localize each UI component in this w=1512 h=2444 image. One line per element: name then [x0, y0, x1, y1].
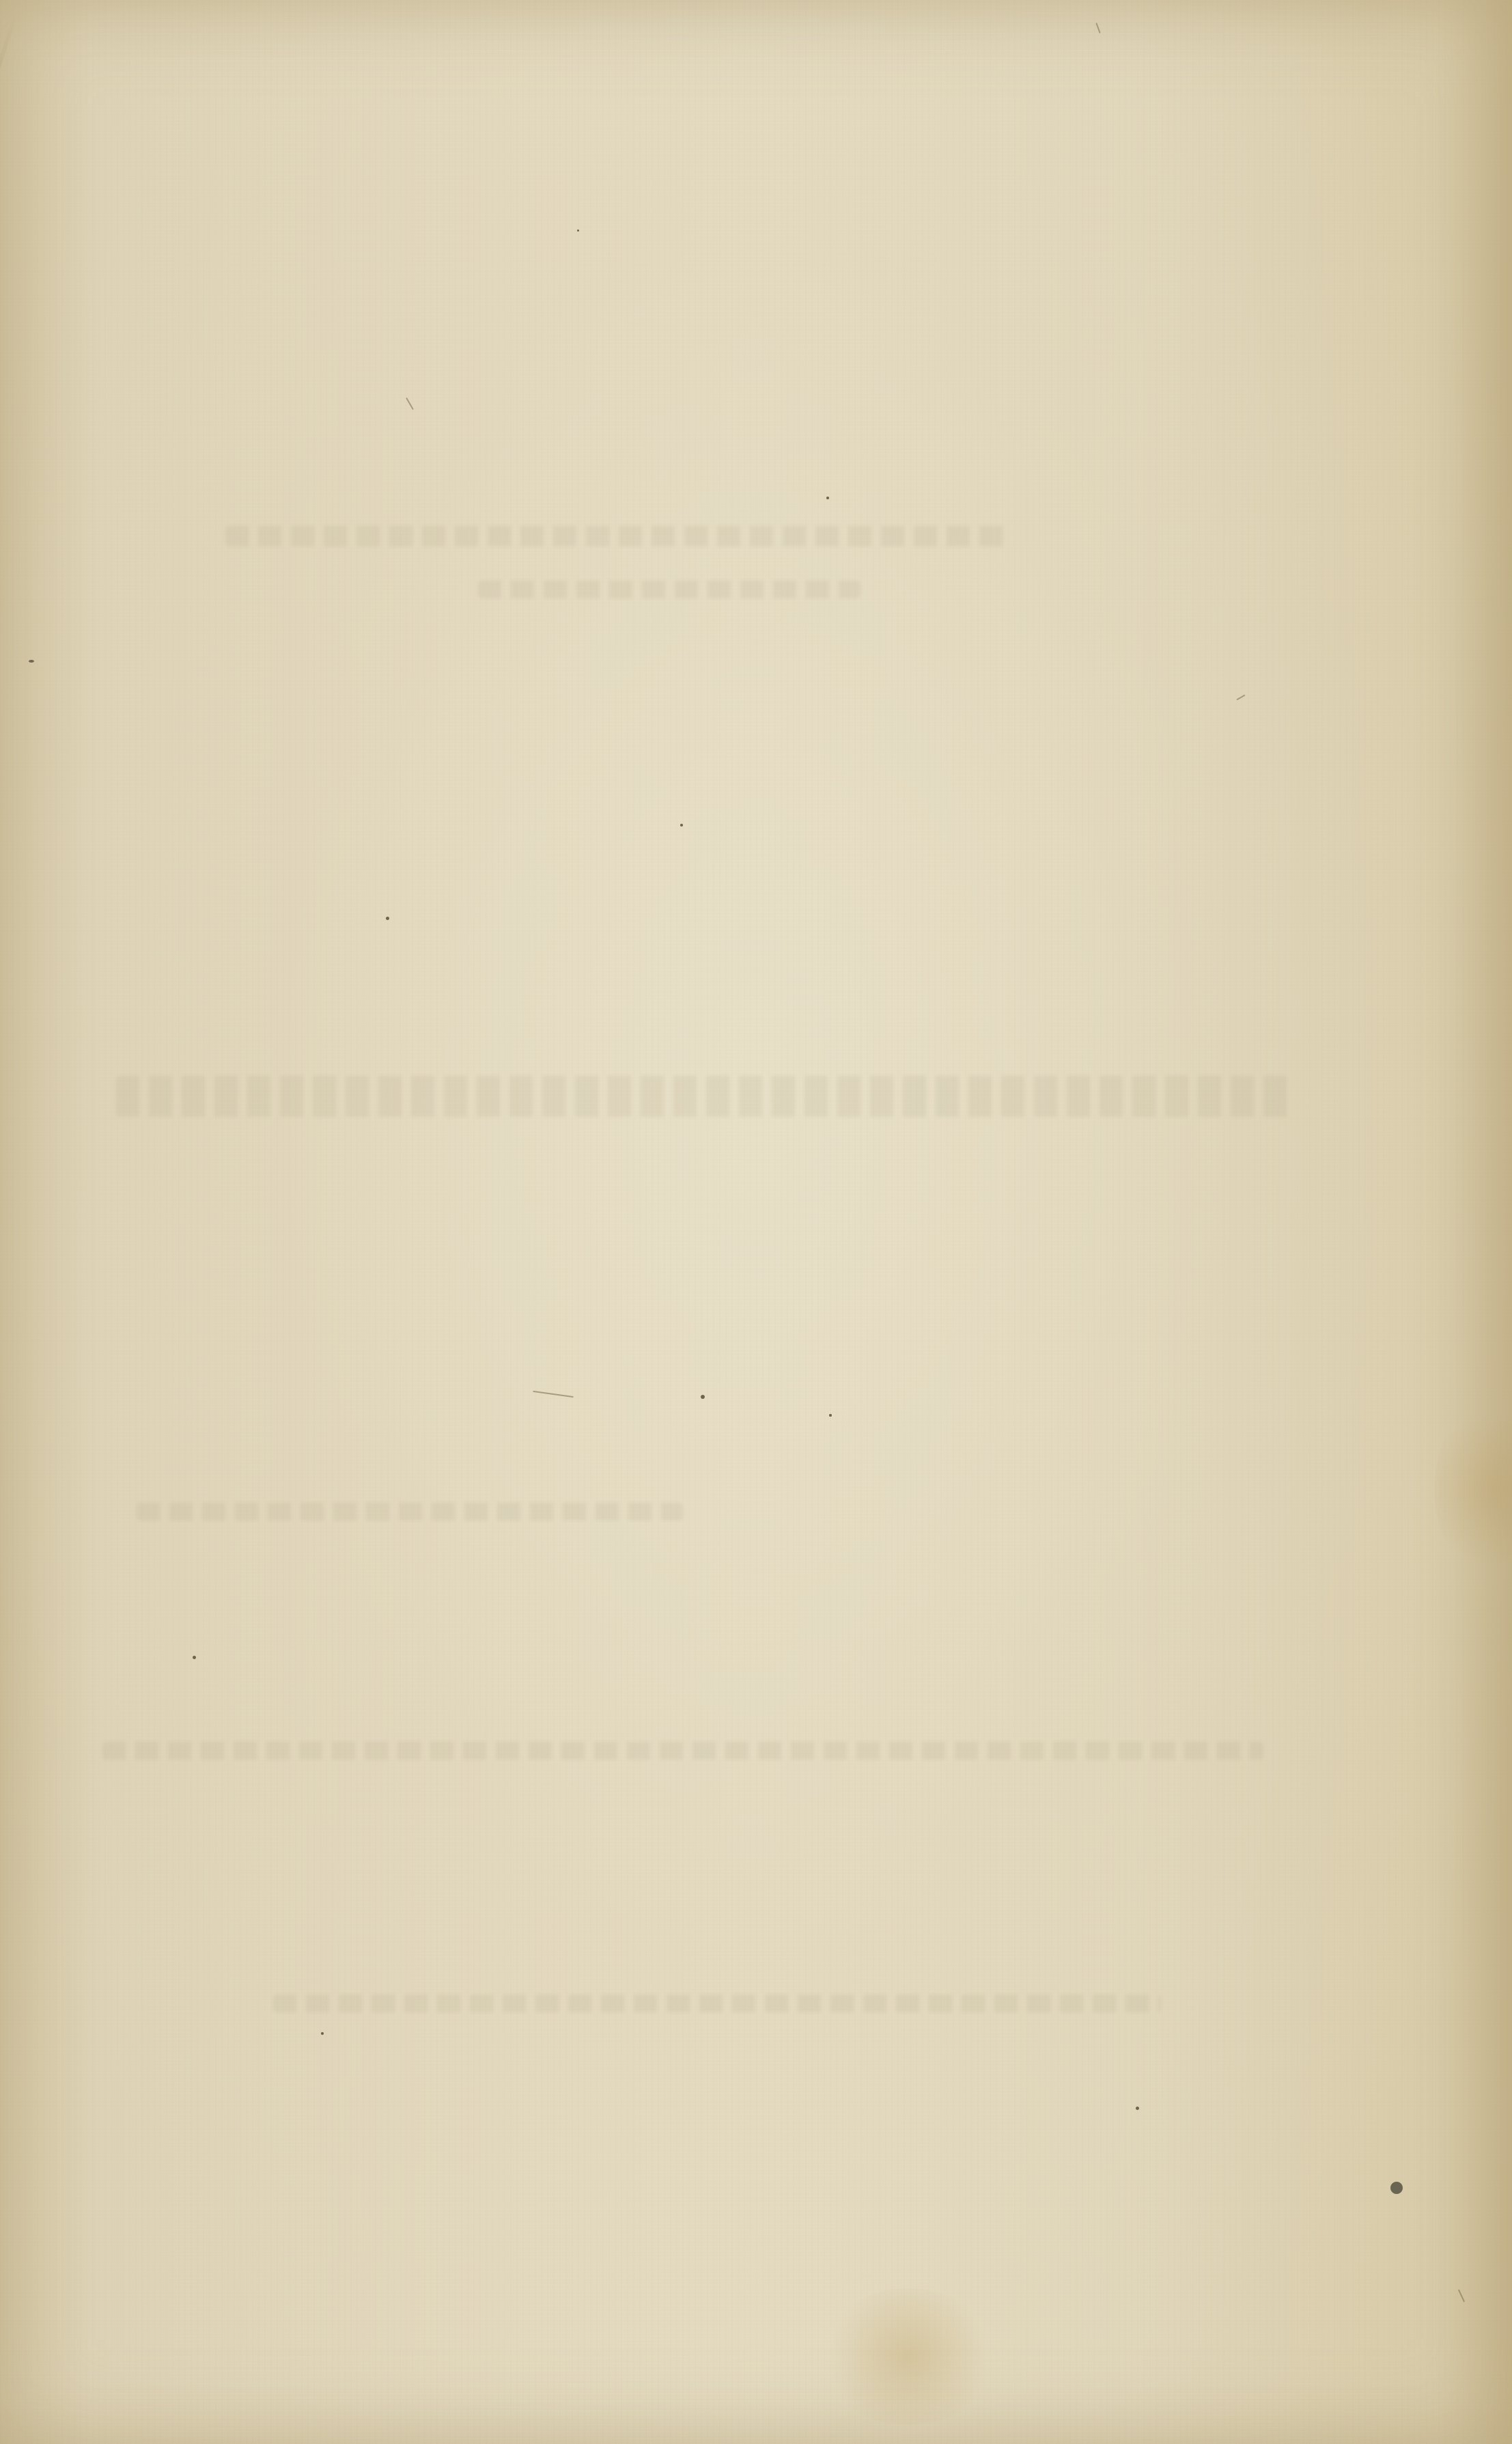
paper-crease	[0, 14, 18, 378]
paper-speck	[829, 1414, 832, 1417]
paper-stain	[1434, 1400, 1512, 1578]
paper-speck	[826, 497, 829, 499]
bleed-through-line	[225, 526, 1011, 546]
paper-speck	[701, 1395, 705, 1399]
paper-fiber	[1095, 23, 1100, 33]
paper-speck	[29, 660, 34, 663]
paper-speck	[680, 824, 683, 827]
bleed-through-line	[116, 1076, 1291, 1117]
scanned-blank-page	[0, 0, 1512, 2444]
paper-speck	[321, 2032, 324, 2035]
bleed-through-line	[273, 1995, 1161, 2012]
ink-dot	[1390, 2182, 1403, 2194]
paper-fiber	[1236, 695, 1245, 701]
bleed-through-line	[102, 1742, 1263, 1760]
paper-speck	[386, 917, 389, 920]
paper-speck	[1136, 2107, 1139, 2110]
paper-fiber	[533, 1391, 574, 1398]
paper-stain	[820, 2288, 997, 2425]
paper-fiber	[1458, 2290, 1465, 2303]
bleed-through-line	[478, 581, 860, 598]
paper-speck	[577, 230, 579, 232]
bleed-through-line	[137, 1503, 683, 1520]
paper-fiber	[406, 398, 414, 410]
paper-speck	[193, 1656, 196, 1659]
